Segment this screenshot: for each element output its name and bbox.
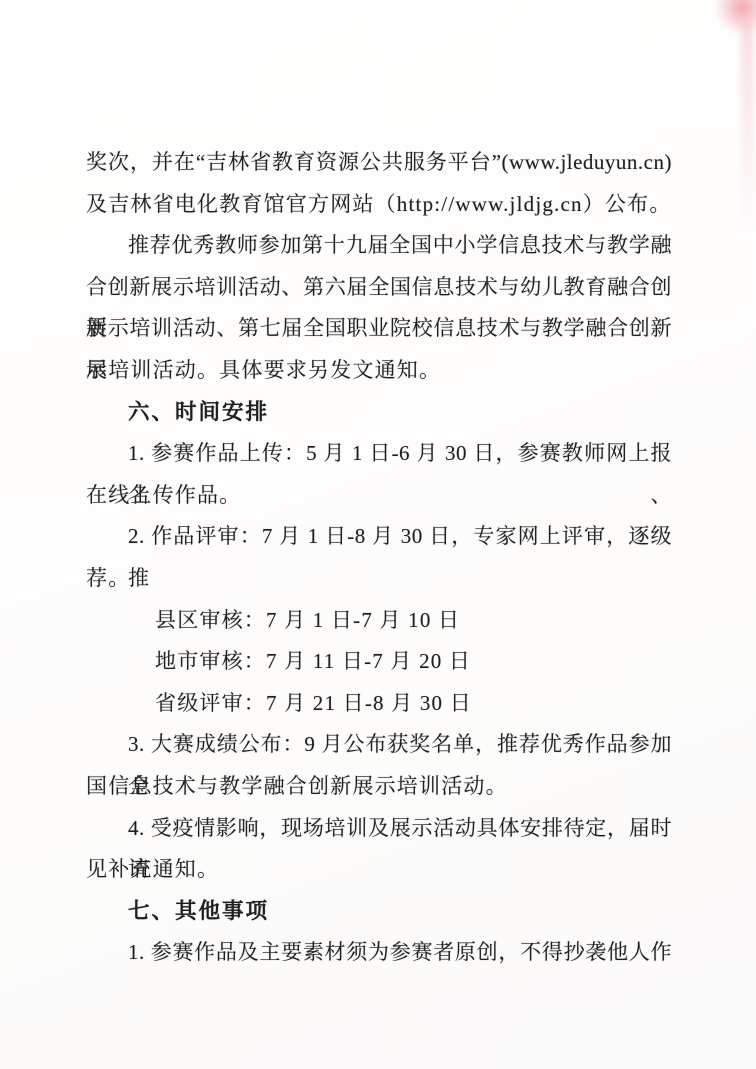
- doc-line-county-review: 县区审核：7 月 1 日-7 月 10 日: [86, 600, 672, 642]
- doc-line: 1. 参赛作品及主要素材须为参赛者原创，不得抄袭他人作: [86, 932, 672, 974]
- doc-line: 见补充通知。: [86, 849, 672, 891]
- doc-line: 国信息技术与教学融合创新展示培训活动。: [86, 766, 672, 808]
- doc-line-city-review: 地市审核：7 月 11 日-7 月 20 日: [86, 641, 672, 683]
- document-text-block: 奖次，并在“吉林省教育资源公共服务平台”(www.jleduyun.cn) 及吉…: [86, 142, 672, 974]
- doc-line: 4. 受疫情影响，现场培训及展示活动具体安排待定，届时请: [86, 808, 672, 850]
- doc-line: 2. 作品评审：7 月 1 日-8 月 30 日，专家网上评审，逐级推: [86, 516, 672, 558]
- doc-line: 3. 大赛成绩公布：9 月公布获奖名单，推荐优秀作品参加全: [86, 724, 672, 766]
- doc-line: 及吉林省电化教育馆官方网站（http://www.jldjg.cn）公布。: [86, 184, 672, 226]
- red-stamp-streak: [741, 18, 754, 233]
- doc-line: 奖次，并在“吉林省教育资源公共服务平台”(www.jleduyun.cn): [86, 142, 672, 184]
- doc-line: 示培训活动。具体要求另发文通知。: [86, 350, 672, 392]
- doc-line-province-review: 省级评审：7 月 21 日-8 月 30 日: [86, 683, 672, 725]
- doc-line: 1. 参赛作品上传：5 月 1 日-6 月 30 日，参赛教师网上报名、: [86, 433, 672, 475]
- doc-line: 荐。: [86, 558, 672, 600]
- document-page: 奖次，并在“吉林省教育资源公共服务平台”(www.jleduyun.cn) 及吉…: [0, 0, 756, 1069]
- heading-time-schedule: 六、时间安排: [86, 392, 672, 434]
- doc-line: 展示培训活动、第七届全国职业院校信息技术与教学融合创新展: [86, 308, 672, 350]
- doc-line: 合创新展示培训活动、第六届全国信息技术与幼儿教育融合创新: [86, 267, 672, 309]
- doc-line: 推荐优秀教师参加第十九届全国中小学信息技术与教学融: [86, 225, 672, 267]
- heading-other-matters: 七、其他事项: [86, 891, 672, 933]
